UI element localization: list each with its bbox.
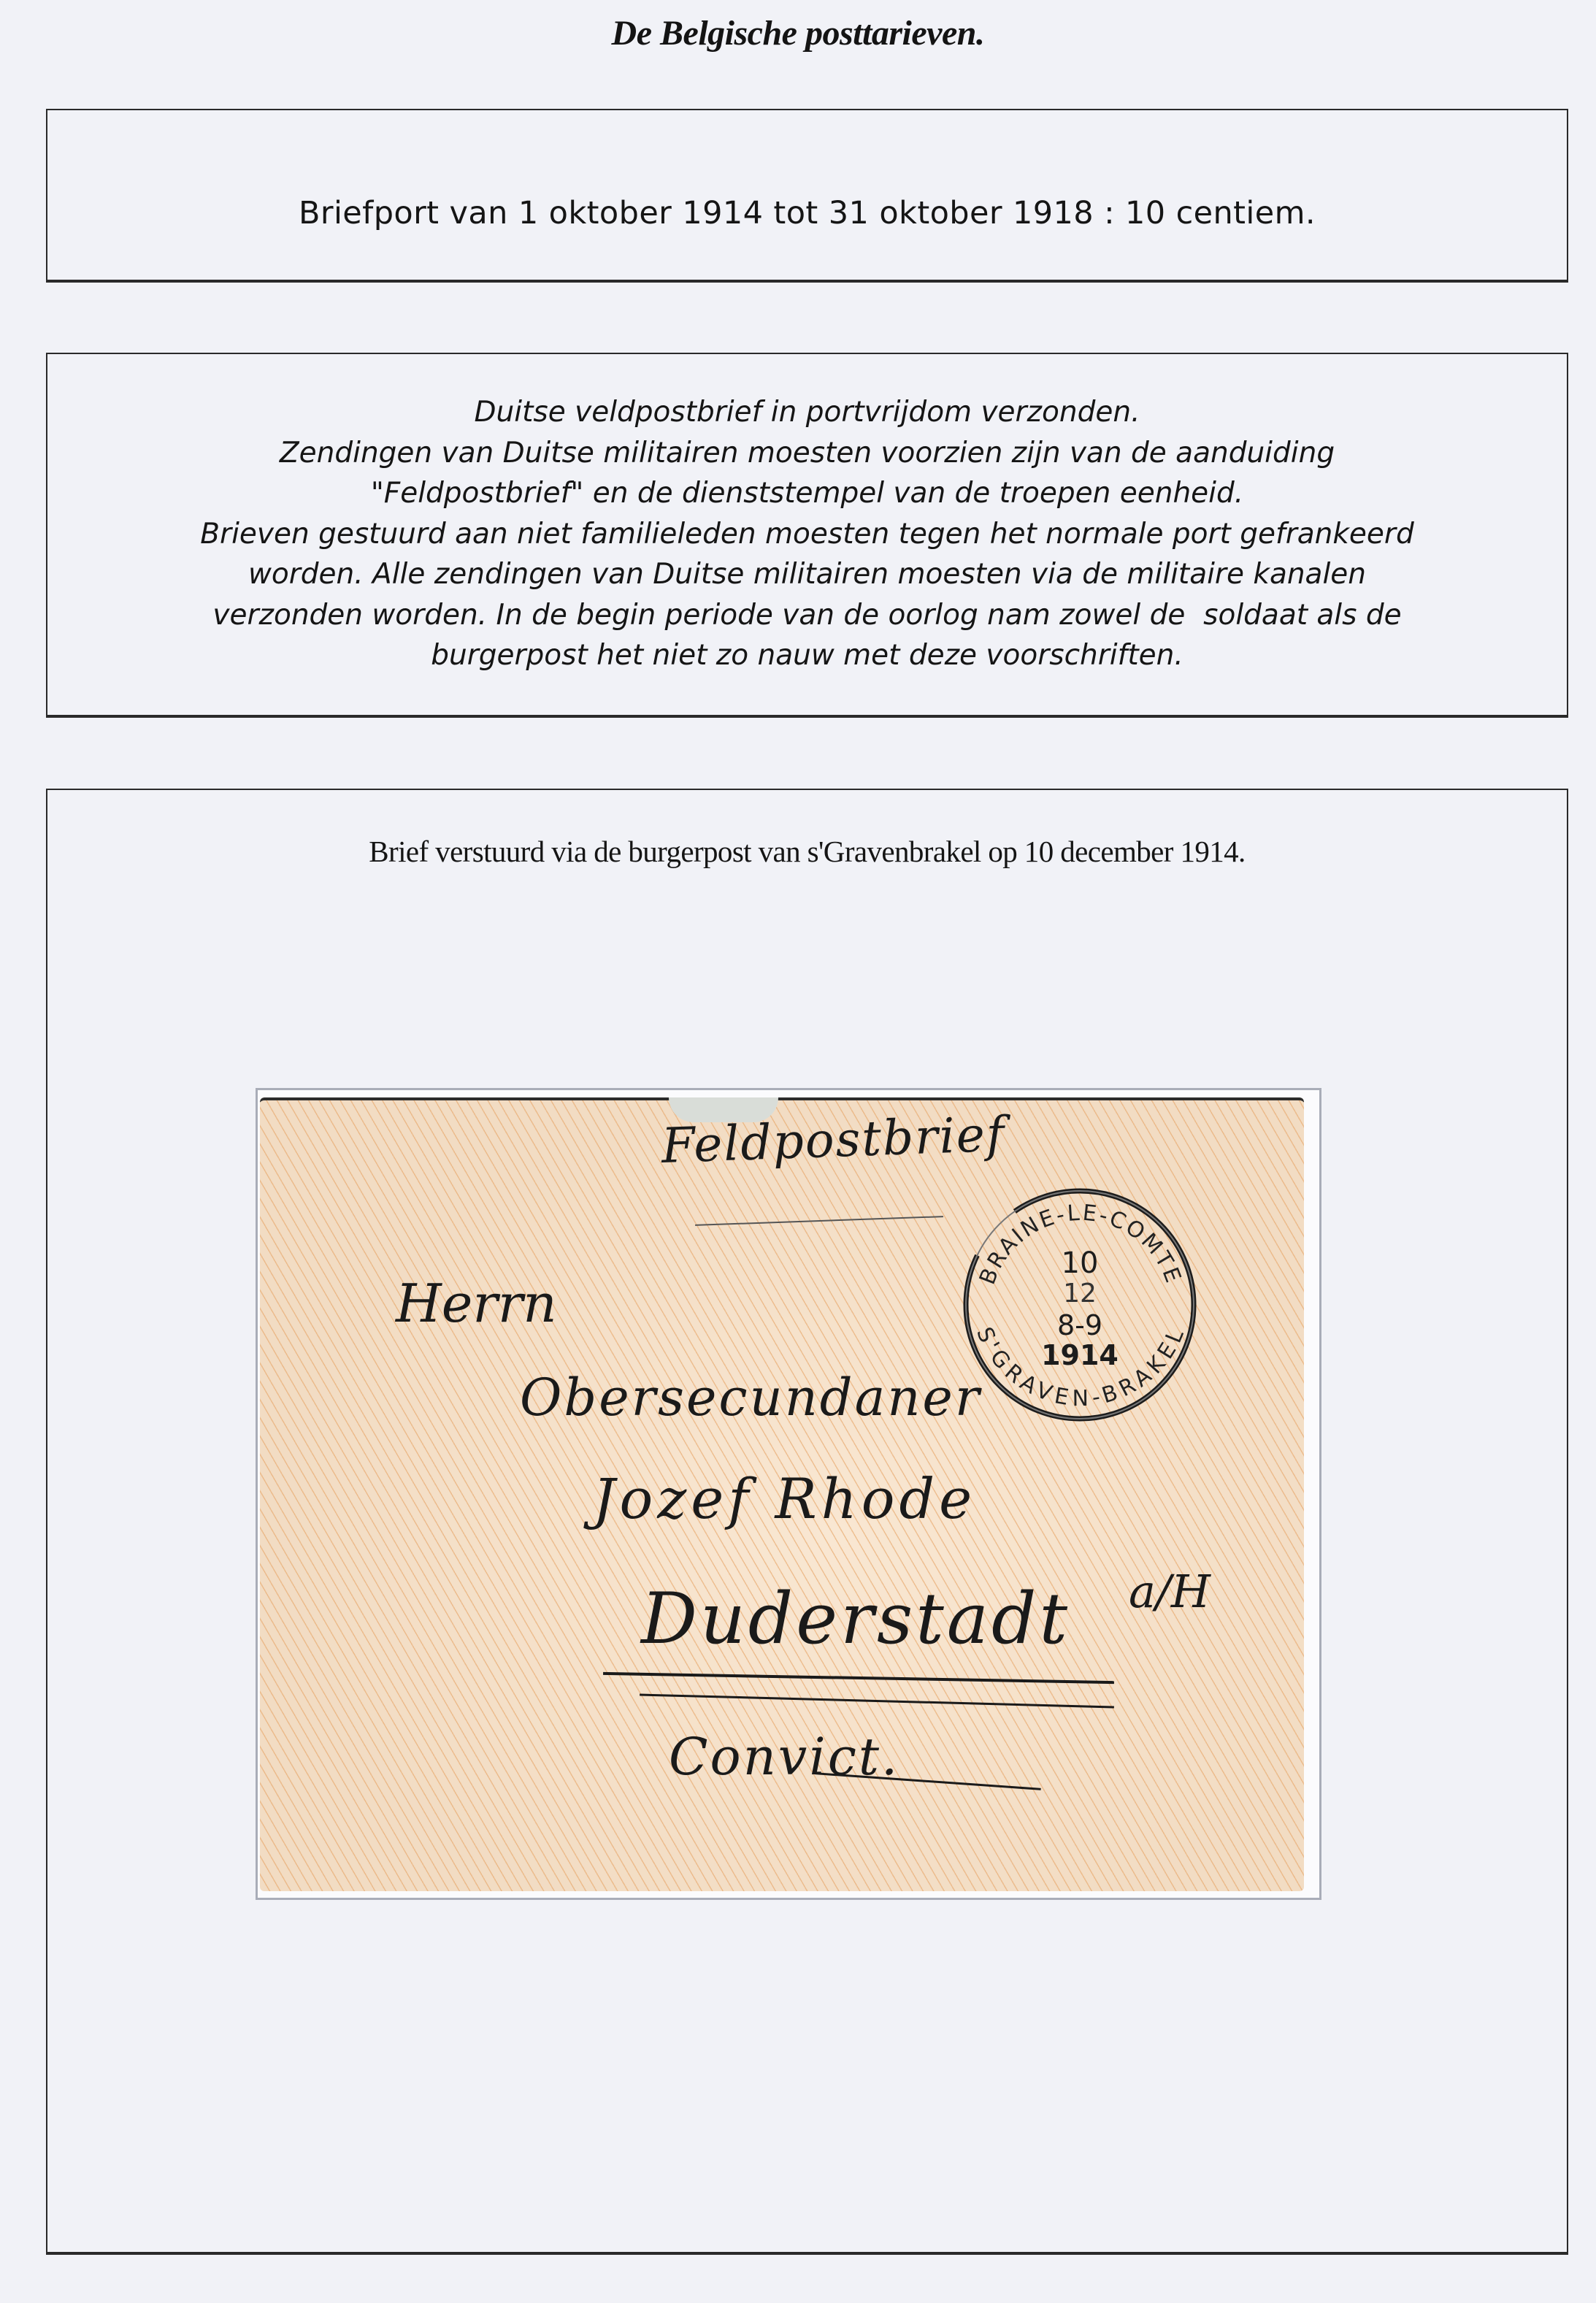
info-line: burgerpost het niet zo nauw met deze voo… [47,635,1567,676]
info-line: Brieven gestuurd aan niet familieleden m… [47,514,1567,555]
postmark-cancel: BRAINE-LE-COMTE S'GRAVEN-BRAKEL 10 12 8-… [961,1187,1199,1423]
info-line: verzonden worden. In de begin periode va… [47,595,1567,636]
city-underline-2 [640,1693,1114,1708]
postmark-month: 12 [1063,1279,1097,1308]
item-caption: Brief verstuurd via de burgerpost van s'… [47,834,1567,869]
address-salutation: Herrn [396,1273,557,1334]
feldpostbrief-endorsement: Feldpostbrief [661,1106,1007,1174]
address-rank: Obersecundaner [520,1368,981,1428]
endorsement-underline [695,1216,943,1226]
postmark-hours: 8-9 [1057,1309,1102,1341]
info-text: Duitse veldpostbrief in portvrijdom verz… [47,392,1567,676]
address-city: Duderstadt [641,1578,1070,1660]
address-name: Jozef Rhode [593,1466,976,1531]
rate-box: Briefport van 1 oktober 1914 tot 31 okto… [46,109,1568,283]
info-line: Duitse veldpostbrief in portvrijdom verz… [47,392,1567,433]
info-line: "Feldpostbrief" en de dienststempel van … [47,473,1567,514]
postmark-year: 1914 [1041,1339,1119,1371]
info-line: worden. Alle zendingen van Duitse milita… [47,554,1567,595]
postmark-day: 10 [1062,1246,1099,1280]
info-line: Zendingen van Duitse militairen moesten … [47,433,1567,474]
address-city-suffix: a/H [1129,1565,1211,1618]
city-underline-1 [603,1672,1114,1684]
info-box: Duitse veldpostbrief in portvrijdom verz… [46,353,1568,718]
page-title: De Belgische posttarieven. [0,13,1596,53]
rate-text: Briefport van 1 oktober 1914 tot 31 okto… [47,195,1567,231]
